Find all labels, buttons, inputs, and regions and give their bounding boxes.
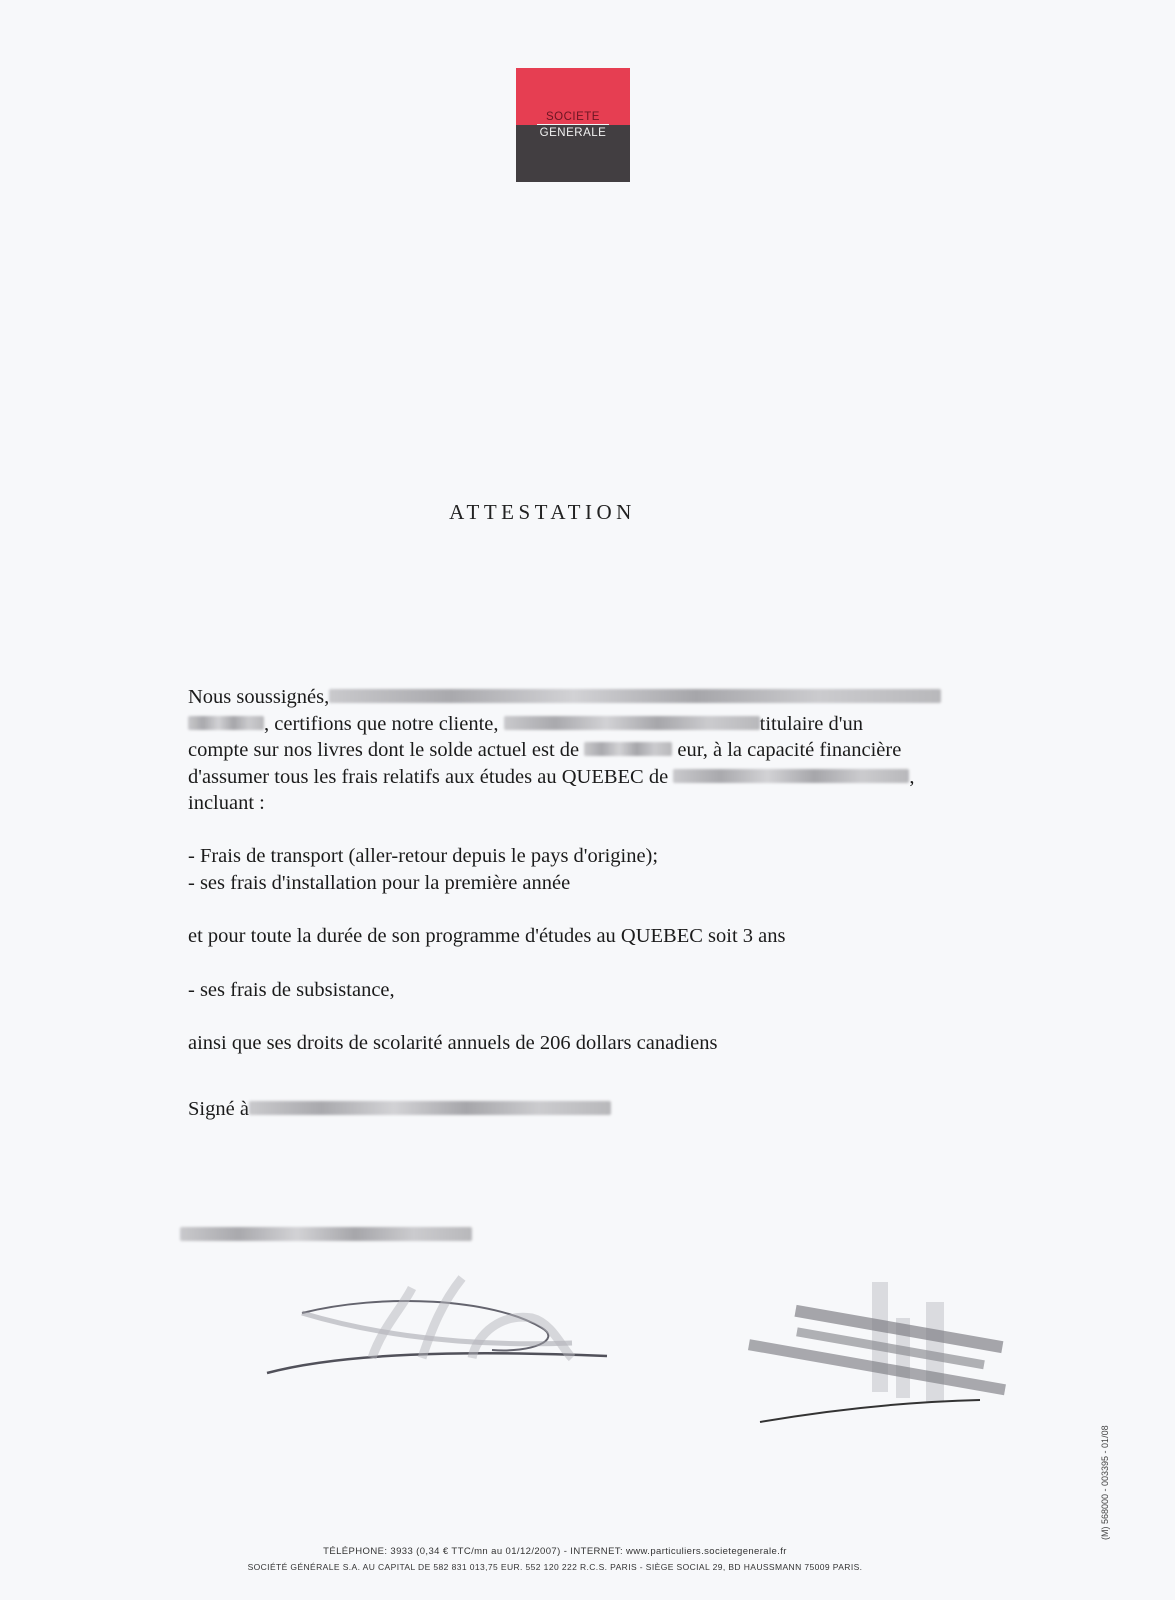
form-reference-code: (M) 568000 - 003395 - 01/08 (1100, 1425, 1110, 1540)
text-compte: compte sur nos livres dont le solde actu… (188, 739, 579, 761)
paragraph-line-4: d'assumer tous les frais relatifs aux ét… (188, 764, 988, 791)
logo-line-generale: GENERALE (516, 127, 630, 139)
redacted-place-date (249, 1101, 611, 1115)
paragraph-line-3: compte sur nos livres dont le solde actu… (188, 737, 988, 764)
logo-line-societe: SOCIETE (516, 111, 630, 123)
footer-legal-line: SOCIÉTÉ GÉNÉRALE S.A. AU CAPITAL DE 582 … (0, 1562, 1110, 1572)
duration-line: et pour toute la durée de son programme … (188, 923, 988, 950)
document-title: ATTESTATION (0, 500, 1085, 525)
redacted-bank-name-cont (188, 716, 264, 730)
logo-bottom-block: GENERALE (516, 125, 630, 182)
signed-at-line: Signé à (188, 1098, 611, 1121)
paragraph-line-2: , certifions que notre cliente, titulair… (188, 711, 988, 738)
list-item: - ses frais d'installation pour la premi… (188, 870, 988, 897)
footer-contact-line: TÉLÉPHONE: 3933 (0,34 € TTC/mn au 01/12/… (0, 1546, 1110, 1557)
tuition-line: ainsi que ses droits de scolarité annuel… (188, 1030, 988, 1057)
list-item: - Frais de transport (aller-retour depui… (188, 843, 988, 870)
text-signe-a: Signé à (188, 1098, 249, 1120)
bank-stamp (740, 1250, 1030, 1430)
redacted-balance (584, 742, 672, 756)
text-nous-soussignes: Nous soussignés, (188, 686, 329, 708)
redacted-bank-name (329, 689, 941, 703)
signatory-line (188, 1224, 472, 1247)
attestation-paragraph: Nous soussignés, , certifions que notre … (188, 684, 988, 1057)
handwritten-signature (262, 1258, 622, 1378)
redacted-student-name (673, 769, 909, 783)
logo-top-block: SOCIETE (516, 68, 630, 125)
list-item: - ses frais de subsistance, (188, 977, 988, 1004)
text-assumer: d'assumer tous les frais relatifs aux ét… (188, 766, 668, 788)
paragraph-line-5: incluant : (188, 790, 988, 817)
text-capacite: eur, à la capacité financière (677, 739, 901, 761)
text-comma: , (909, 766, 914, 788)
paragraph-line-1: Nous soussignés, (188, 684, 988, 711)
societe-generale-logo: SOCIETE GENERALE (516, 68, 630, 182)
text-titulaire: titulaire d'un (760, 713, 863, 735)
text-certifions: , certifions que notre cliente, (264, 713, 499, 735)
redacted-signatory-name (180, 1227, 472, 1241)
redacted-client-name (504, 716, 760, 730)
text-incluant: incluant : (188, 792, 265, 814)
